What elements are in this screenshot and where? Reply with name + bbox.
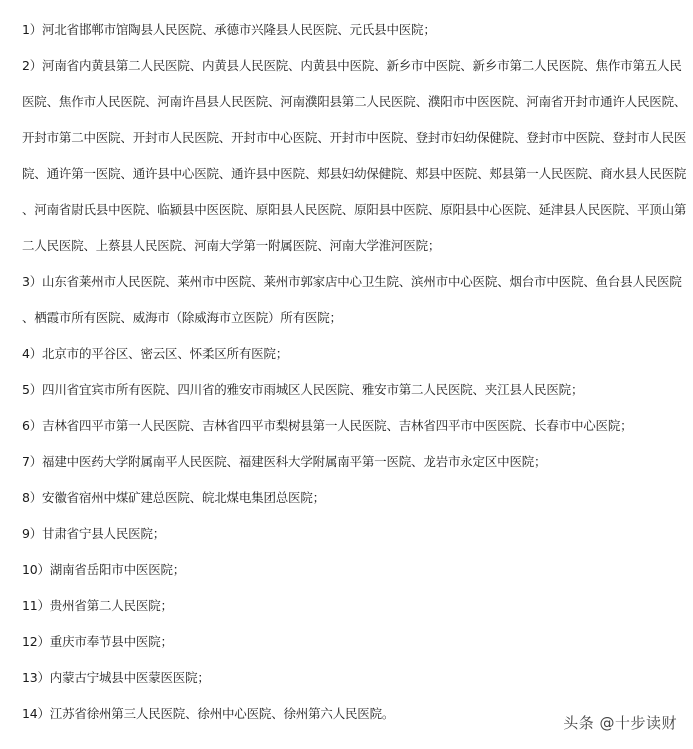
text-line: 4）北京市的平谷区、密云区、怀柔区所有医院； [22, 342, 682, 378]
list-item-9: 9）甘肃省宁县人民医院； [22, 522, 682, 558]
text-line: 5）四川省宜宾市所有医院、四川省的雅安市雨城区人民医院、雅安市第二人民医院、夹江… [22, 378, 682, 414]
list-item-11: 11）贵州省第二人民医院； [22, 594, 682, 630]
text-line: 11）贵州省第二人民医院； [22, 594, 682, 630]
text-line: 1）河北省邯郸市馆陶县人民医院、承德市兴隆县人民医院、元氏县中医院； [22, 18, 682, 54]
list-item-12: 12）重庆市奉节县中医院； [22, 630, 682, 666]
list-item-6: 6）吉林省四平市第一人民医院、吉林省四平市梨树县第一人民医院、吉林省四平市中医医… [22, 414, 682, 450]
text-line: 2）河南省内黄县第二人民医院、内黄县人民医院、内黄县中医院、新乡市中医院、新乡市… [22, 54, 682, 90]
list-item-8: 8）安徽省宿州中煤矿建总医院、皖北煤电集团总医院； [22, 486, 682, 522]
text-line: 8）安徽省宿州中煤矿建总医院、皖北煤电集团总医院； [22, 486, 682, 522]
hospital-list-document: 1）河北省邯郸市馆陶县人民医院、承德市兴隆县人民医院、元氏县中医院； 2）河南省… [22, 18, 682, 738]
text-line: 6）吉林省四平市第一人民医院、吉林省四平市梨树县第一人民医院、吉林省四平市中医医… [22, 414, 682, 450]
list-item-5: 5）四川省宜宾市所有医院、四川省的雅安市雨城区人民医院、雅安市第二人民医院、夹江… [22, 378, 682, 414]
text-line: 9）甘肃省宁县人民医院； [22, 522, 682, 558]
list-item-3: 3）山东省莱州市人民医院、莱州市中医院、莱州市郭家店中心卫生院、滨州市中心医院、… [22, 270, 682, 342]
text-line: 、栖霞市所有医院、威海市（除威海市立医院）所有医院； [22, 306, 682, 342]
text-line: 医院、焦作市人民医院、河南许昌县人民医院、河南濮阳县第二人民医院、濮阳市中医医院… [22, 90, 682, 126]
text-line: 开封市第二中医院、开封市人民医院、开封市中心医院、开封市中医院、登封市妇幼保健院… [22, 126, 682, 162]
text-line: 、河南省尉氏县中医院、临颍县中医医院、原阳县人民医院、原阳县中医院、原阳县中心医… [22, 198, 682, 234]
text-line: 13）内蒙古宁城县中医蒙医医院； [22, 666, 682, 702]
watermark: 头条 @十步读财 [563, 712, 677, 733]
list-item-4: 4）北京市的平谷区、密云区、怀柔区所有医院； [22, 342, 682, 378]
list-item-13: 13）内蒙古宁城县中医蒙医医院； [22, 666, 682, 702]
text-line: 3）山东省莱州市人民医院、莱州市中医院、莱州市郭家店中心卫生院、滨州市中心医院、… [22, 270, 682, 306]
text-line: 10）湖南省岳阳市中医医院； [22, 558, 682, 594]
text-line: 二人民医院、上蔡县人民医院、河南大学第一附属医院、河南大学淮河医院； [22, 234, 682, 270]
text-line: 7）福建中医药大学附属南平人民医院、福建医科大学附属南平第一医院、龙岩市永定区中… [22, 450, 682, 486]
list-item-7: 7）福建中医药大学附属南平人民医院、福建医科大学附属南平第一医院、龙岩市永定区中… [22, 450, 682, 486]
list-item-1: 1）河北省邯郸市馆陶县人民医院、承德市兴隆县人民医院、元氏县中医院； [22, 18, 682, 54]
list-item-2: 2）河南省内黄县第二人民医院、内黄县人民医院、内黄县中医院、新乡市中医院、新乡市… [22, 54, 682, 270]
list-item-10: 10）湖南省岳阳市中医医院； [22, 558, 682, 594]
text-line: 院、通许第一医院、通许县中心医院、通许县中医院、郏县妇幼保健院、郏县中医院、郏县… [22, 162, 682, 198]
text-line: 12）重庆市奉节县中医院； [22, 630, 682, 666]
